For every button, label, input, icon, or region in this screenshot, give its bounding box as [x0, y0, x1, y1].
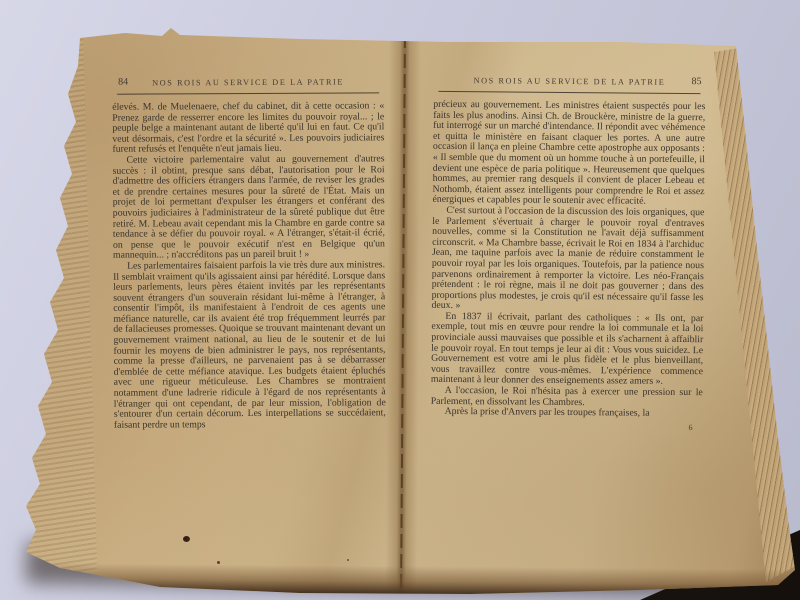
paragraph: Cette victoire parlementaire valut au go… [112, 154, 385, 261]
right-header-rule [438, 91, 700, 94]
right-page-body: précieux au gouvernement. Les ministres … [431, 100, 706, 420]
book-gutter [385, 34, 421, 596]
paper-speck [347, 559, 349, 561]
deckle-edge-left [11, 27, 97, 574]
paragraph: élevés. M. de Muelenaere, chef du cabine… [112, 101, 384, 155]
left-page: 84 NOS ROIS AU SERVICE DE LA PATRIE élev… [112, 77, 386, 431]
paragraph: C'est surtout à l'occasion de la discuss… [431, 206, 704, 314]
left-header-rule [117, 92, 379, 94]
right-page: NOS ROIS AU SERVICE DE LA PATRIE 85 préc… [430, 76, 705, 434]
paragraph: En 1837 il écrivait, parlant des catholi… [431, 312, 704, 389]
left-running-title: NOS ROIS AU SERVICE DE LA PATRIE [112, 77, 384, 89]
photo-background: 84 NOS ROIS AU SERVICE DE LA PATRIE élev… [0, 0, 800, 600]
right-running-title: NOS ROIS AU SERVICE DE LA PATRIE [433, 76, 705, 89]
book: 84 NOS ROIS AU SERVICE DE LA PATRIE élev… [0, 0, 800, 600]
right-page-header: NOS ROIS AU SERVICE DE LA PATRIE 85 [433, 76, 705, 91]
signature-mark: 6 [430, 421, 692, 434]
paragraph: précieux au gouvernement. Les ministres … [432, 100, 705, 208]
left-page-header: 84 NOS ROIS AU SERVICE DE LA PATRIE [112, 77, 384, 91]
left-page-number: 84 [118, 78, 128, 89]
right-page-number: 85 [691, 77, 701, 88]
left-page-body: élevés. M. de Muelenaere, chef du cabine… [112, 101, 386, 431]
paragraph: Les parlementaires faisaient parfois la … [113, 260, 386, 431]
paper-speck [217, 561, 220, 564]
paragraph: Après la prise d'Anvers par les troupes … [431, 407, 703, 420]
wormhole-spot [183, 536, 190, 542]
